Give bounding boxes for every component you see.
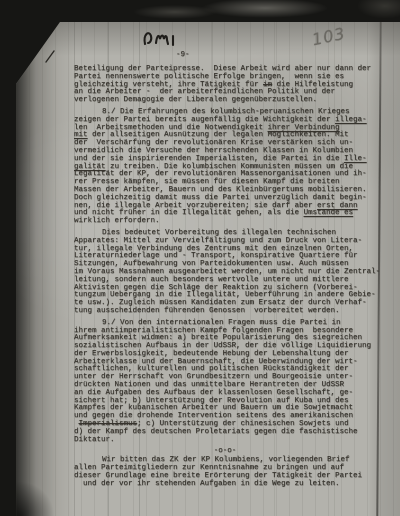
page-number: -9- — [176, 51, 190, 59]
handwritten-ink-mark — [140, 26, 186, 52]
scanned-page: -9- 103 Beteiligung der Parteipresse. Di… — [16, 22, 400, 516]
text-line: Diktatur. — [74, 437, 376, 445]
paragraph: Dies bedeutet Vorbereitung des illegalen… — [74, 230, 376, 316]
text-line: wirklich erfordern. — [74, 218, 376, 226]
pen-stroke-mark — [42, 48, 60, 66]
paragraph: 8./ Die Erfahrungen des kolumbisch-perua… — [74, 109, 376, 226]
paragraph: Wir bitten das ZK der KP Kolumbiens, vor… — [74, 457, 376, 488]
handwritten-folio-number: 103 — [310, 24, 347, 50]
paragraph: 9./ Von den internationalen Fragen muss … — [74, 320, 376, 445]
paragraph: Beteiligung der Parteipresse. Diese Arbe… — [74, 66, 376, 105]
text-line: und der vor ihr stehenden Aufgaben in di… — [74, 481, 376, 489]
text-line: d) der Kampf des deutschen Proletariats … — [74, 429, 376, 437]
text-line: verlogenen Demagogie der Liberalen gegen… — [74, 97, 376, 105]
scan-frame: -9- 103 Beteiligung der Parteipresse. Di… — [0, 0, 400, 516]
document-body: Beteiligung der Parteipresse. Diese Arbe… — [74, 66, 376, 492]
text-line: tung ausscheidenden führenden Genossen v… — [74, 308, 376, 316]
